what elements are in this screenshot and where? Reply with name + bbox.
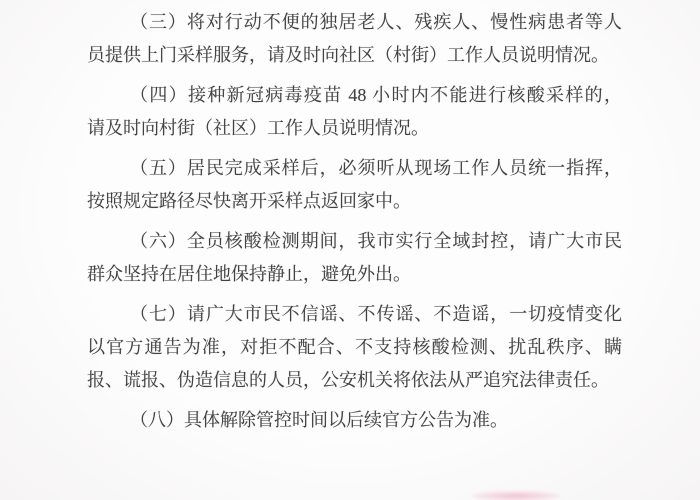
notice-line: （七）请广大市民不信谣、不传谣、不造谣，一切疫情变化 <box>87 298 622 331</box>
notice-paragraph-5: （五）居民完成采样后，必须听从现场工作人员统一指挥， 按照规定路径尽快离开采样点… <box>87 152 622 218</box>
notice-line: （四）接种新冠病毒疫苗 48 小时内不能进行核酸采样的， <box>87 79 622 112</box>
red-stamp-smudge <box>472 491 560 500</box>
notice-paragraph-3: （三）将对行动不便的独居老人、残疾人、慢性病患者等人 员提供上门采样服务，请及时… <box>87 6 622 72</box>
notice-line: 群众坚持在居住地保持静止，避免外出。 <box>87 258 622 291</box>
notice-line: 员提供上门采样服务，请及时向社区（村街）工作人员说明情况。 <box>87 39 622 72</box>
notice-line: 以官方通告为准，对拒不配合、不支持核酸检测、扰乱秩序、瞒 <box>87 331 622 364</box>
notice-paragraph-6: （六）全员核酸检测期间，我市实行全域封控，请广大市民 群众坚持在居住地保持静止，… <box>87 225 622 291</box>
notice-line: （六）全员核酸检测期间，我市实行全域封控，请广大市民 <box>87 225 622 258</box>
notice-document: （三）将对行动不便的独居老人、残疾人、慢性病患者等人 员提供上门采样服务，请及时… <box>87 6 622 444</box>
notice-paragraph-4: （四）接种新冠病毒疫苗 48 小时内不能进行核酸采样的， 请及时向村街（社区）工… <box>87 79 622 145</box>
notice-line: 按照规定路径尽快离开采样点返回家中。 <box>87 185 622 218</box>
notice-line: 请及时向村街（社区）工作人员说明情况。 <box>87 112 622 145</box>
notice-paragraph-8: （八）具体解除管控时间以后续官方公告为准。 <box>87 404 622 437</box>
notice-paragraph-7: （七）请广大市民不信谣、不传谣、不造谣，一切疫情变化 以官方通告为准，对拒不配合… <box>87 298 622 397</box>
notice-line: 报、谎报、伪造信息的人员，公安机关将依法从严追究法律责任。 <box>87 364 622 397</box>
notice-line: （五）居民完成采样后，必须听从现场工作人员统一指挥， <box>87 152 622 185</box>
notice-line: （八）具体解除管控时间以后续官方公告为准。 <box>87 404 622 437</box>
notice-line: （三）将对行动不便的独居老人、残疾人、慢性病患者等人 <box>87 6 622 39</box>
